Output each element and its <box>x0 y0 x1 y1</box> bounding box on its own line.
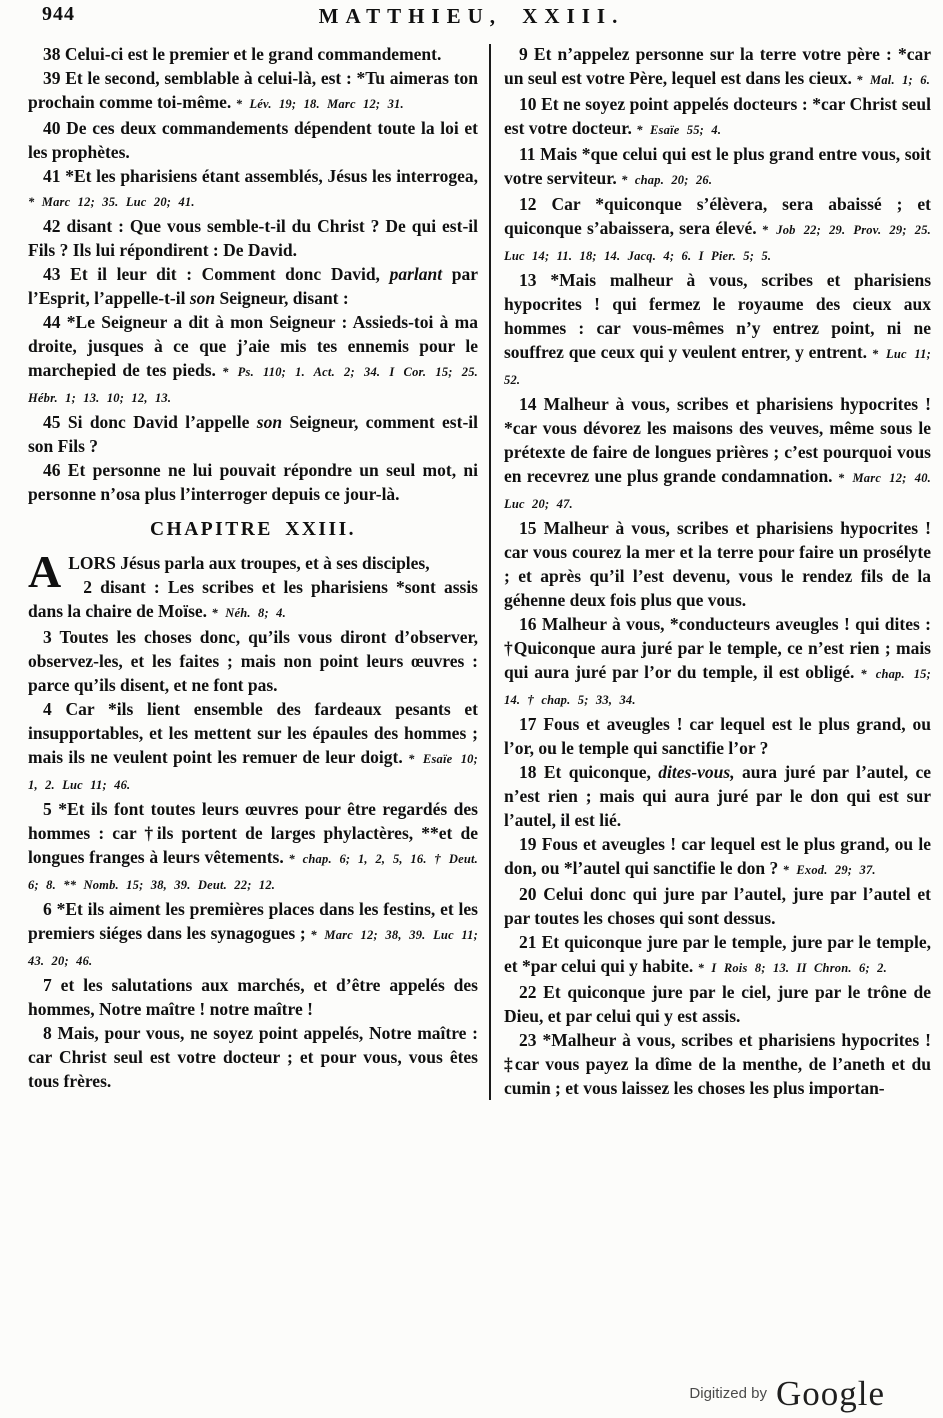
verse-text: 20 Celui donc qui jure par l’autel, jure… <box>504 884 931 928</box>
left-column: 38 Celui-ci est le premier et le grand c… <box>28 42 489 1100</box>
scripture-reference: * Marc 12; 35. Luc 20; 41. <box>28 195 195 209</box>
verse-paragraph: 44 *Le Seigneur a dit à mon Seigneur : A… <box>28 310 478 410</box>
verse-paragraph: 40 De ces deux commandements dépendent t… <box>28 116 478 164</box>
digitized-footer: Digitized byGoogle <box>689 1374 885 1414</box>
verse-paragraph: 45 Si donc David l’appelle son Seigneur,… <box>28 410 478 458</box>
scripture-reference: * Lév. 19; 18. Marc 12; 31. <box>236 97 404 111</box>
verse-paragraph: 17 Fous et aveugles ! car lequel est le … <box>504 712 931 760</box>
page-header: 944 MATTHIEU, XXIII. <box>0 0 943 32</box>
verse-text: 13 *Mais malheur à vous, scribes et phar… <box>504 270 931 362</box>
verse-text: parlant <box>390 264 443 284</box>
right-column: 9 Et n’appelez personne sur la terre vot… <box>491 42 931 1100</box>
verse-paragraph: 38 Celui-ci est le premier et le grand c… <box>28 42 478 66</box>
verse-paragraph: 39 Et le second, semblable à celui-là, e… <box>28 66 478 116</box>
verse-paragraph: 4 Car *ils lient ensemble des fardeaux p… <box>28 697 478 797</box>
scripture-reference: * Néh. 8; 4. <box>211 606 285 620</box>
page-number: 944 <box>42 3 75 26</box>
verse-paragraph: 6 *Et ils aiment les premières places da… <box>28 897 478 973</box>
verse-text: 41 *Et les pharisiens étant assemblés, J… <box>43 166 478 186</box>
book-page: 944 MATTHIEU, XXIII. 38 Celui-ci est le … <box>0 0 943 1418</box>
verse-paragraph: 12 Car *quiconque s’élèvera, sera abaiss… <box>504 192 931 268</box>
dropcap-verse-paragraph: ALORS Jésus parla aux troupes, et à ses … <box>28 551 478 575</box>
verse-paragraph: 21 Et quiconque jure par le temple, jure… <box>504 930 931 980</box>
scripture-reference: * Mal. 1; 6. <box>856 73 930 87</box>
verse-paragraph: 20 Celui donc qui jure par l’autel, jure… <box>504 882 931 930</box>
scripture-reference: * Exod. 29; 37. <box>783 863 876 877</box>
verse-text: 18 Et quiconque, <box>519 762 658 782</box>
verse-paragraph: 46 Et personne ne lui pouvait répondre u… <box>28 458 478 506</box>
verse-paragraph: 3 Toutes les choses donc, qu’ils vous di… <box>28 625 478 697</box>
verse-text: 17 Fous et aveugles ! car lequel est le … <box>504 714 931 758</box>
verse-paragraph: 8 Mais, pour vous, ne soyez point appelé… <box>28 1021 478 1093</box>
verse-paragraph: 22 Et quiconque jure par le ciel, jure p… <box>504 980 931 1028</box>
digitized-by-label: Digitized by <box>689 1385 767 1402</box>
chapter-heading: CHAPITRE XXIII. <box>28 519 478 541</box>
verse-text: son <box>190 288 215 308</box>
verse-paragraph: 11 Mais *que celui qui est le plus grand… <box>504 142 931 192</box>
verse-text: 23 *Malheur à vous, scribes et pharisien… <box>504 1030 931 1098</box>
verse-paragraph: 9 Et n’appelez personne sur la terre vot… <box>504 42 931 92</box>
scripture-reference: * I Rois 8; 13. II Chron. 6; 2. <box>698 961 887 975</box>
verse-paragraph: 13 *Mais malheur à vous, scribes et phar… <box>504 268 931 392</box>
verse-text: 22 Et quiconque jure par le ciel, jure p… <box>504 982 931 1026</box>
verse-text: 11 Mais *que celui qui est le plus grand… <box>504 144 931 188</box>
verse-paragraph: 5 *Et ils font toutes leurs œuvres pour … <box>28 797 478 897</box>
verse-text: LORS Jésus parla aux troupes, et à ses d… <box>68 553 429 573</box>
verse-text: 40 De ces deux commandements dépendent t… <box>28 118 478 162</box>
verse-paragraph: 15 Malheur à vous, scribes et pharisiens… <box>504 516 931 612</box>
verse-text: 46 Et personne ne lui pouvait répondre u… <box>28 460 478 504</box>
verse-paragraph: 19 Fous et aveugles ! car lequel est le … <box>504 832 931 882</box>
verse-paragraph: 23 *Malheur à vous, scribes et pharisien… <box>504 1028 931 1100</box>
verse-text: Seigneur, disant : <box>215 288 349 308</box>
verse-text: 8 Mais, pour vous, ne soyez point appelé… <box>28 1023 478 1091</box>
dropcap-initial: A <box>28 551 68 591</box>
running-header-title: MATTHIEU, XXIII. <box>0 4 943 29</box>
verse-text: 42 disant : Que vous semble-t-il du Chri… <box>28 216 478 260</box>
verse-paragraph: 18 Et quiconque, dites-vous, aura juré p… <box>504 760 931 832</box>
verse-paragraph: 42 disant : Que vous semble-t-il du Chri… <box>28 214 478 262</box>
verse-paragraph: 16 Malheur à vous, *conducteurs aveugles… <box>504 612 931 712</box>
verse-text: 38 Celui-ci est le premier et le grand c… <box>43 44 441 64</box>
verse-paragraph: 7 et les salutations aux marchés, et d’ê… <box>28 973 478 1021</box>
verse-paragraph: 14 Malheur à vous, scribes et pharisiens… <box>504 392 931 516</box>
verse-text: 15 Malheur à vous, scribes et pharisiens… <box>504 518 931 610</box>
verse-text: 45 Si donc David l’appelle <box>43 412 257 432</box>
verse-text: 43 Et il leur dit : Comment donc David, <box>43 264 390 284</box>
verse-text: dites-vous, <box>658 762 734 782</box>
scripture-reference: * Esaïe 55; 4. <box>636 123 721 137</box>
verse-paragraph: 43 Et il leur dit : Comment donc David, … <box>28 262 478 310</box>
verse-text: 7 et les salutations aux marchés, et d’ê… <box>28 975 478 1019</box>
verse-text: 3 Toutes les choses donc, qu’ils vous di… <box>28 627 478 695</box>
verse-paragraph: 10 Et ne soyez point appelés docteurs : … <box>504 92 931 142</box>
scripture-reference: * chap. 20; 26. <box>621 173 712 187</box>
verse-paragraph: 41 *Et les pharisiens étant assemblés, J… <box>28 164 478 214</box>
google-logo: Google <box>776 1374 885 1413</box>
text-columns: 38 Celui-ci est le premier et le grand c… <box>28 42 931 1100</box>
verse-paragraph: 2 disant : Les scribes et les pharisiens… <box>28 575 478 625</box>
verse-text: son <box>257 412 282 432</box>
